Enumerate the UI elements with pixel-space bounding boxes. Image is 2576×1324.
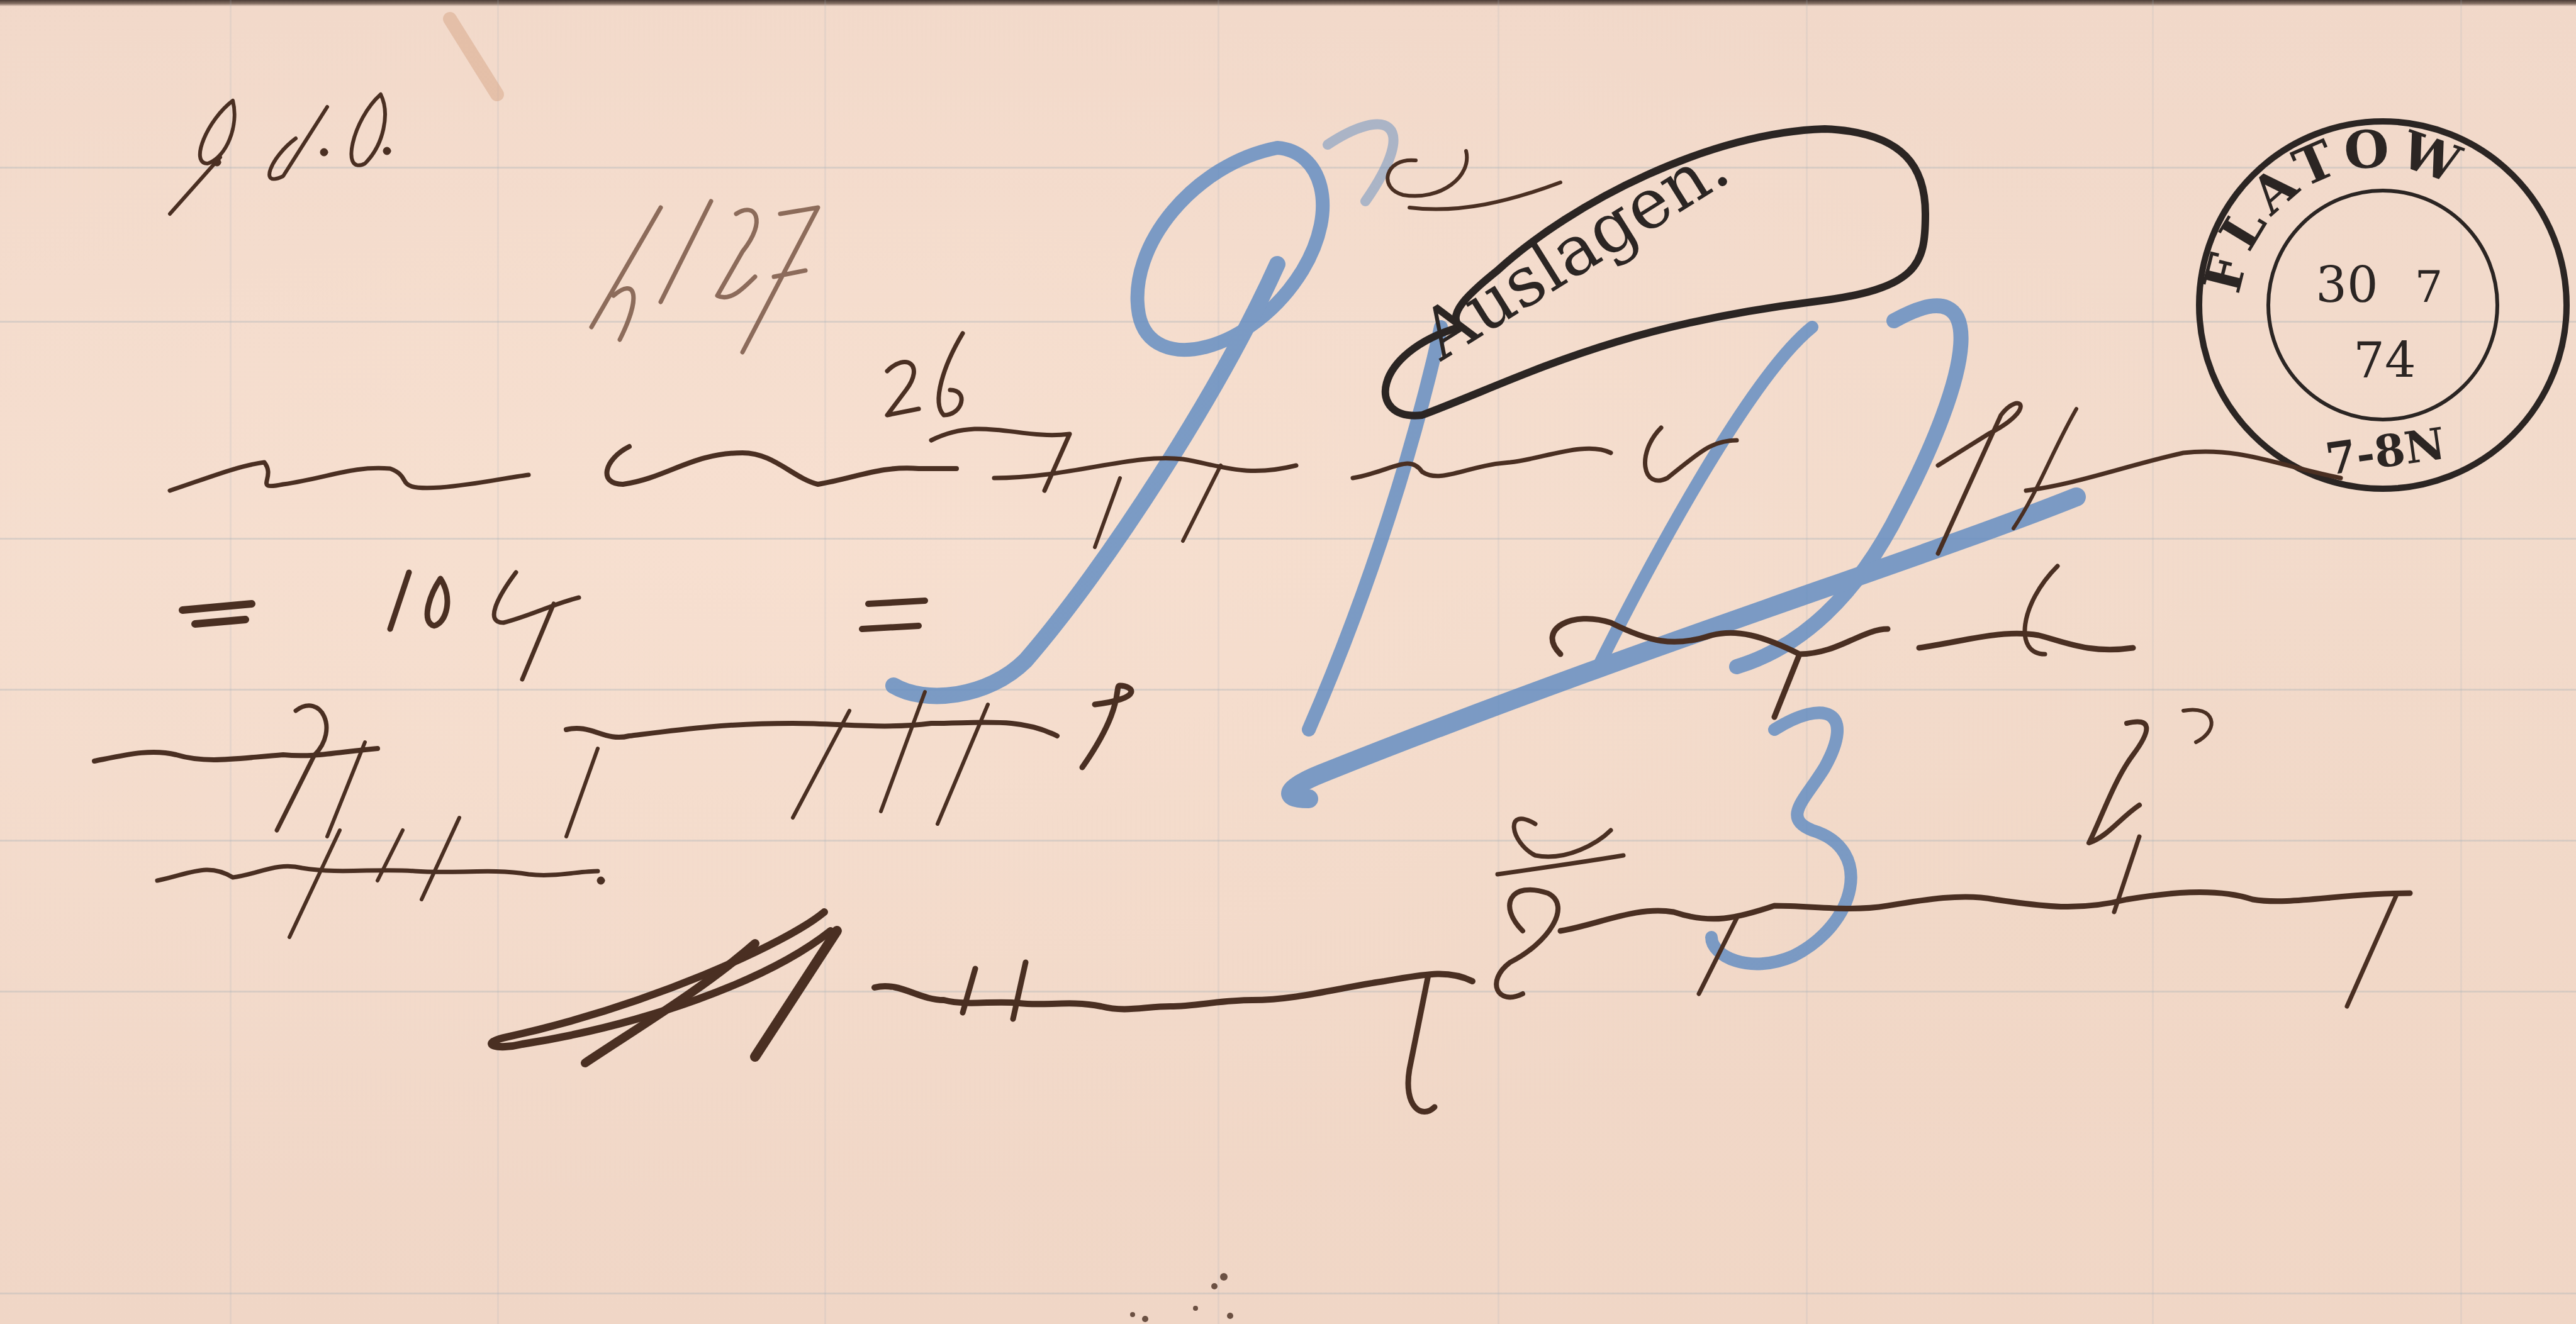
manuscript-ink [94, 94, 2410, 1322]
svg-text:Auslagen.: Auslagen. [1406, 125, 1742, 376]
svg-text:74: 74 [2353, 333, 2416, 389]
blue-crayon-marks [893, 125, 2076, 964]
ink-layer: FLATOW 30 7 74 7-8N Auslagen. [0, 0, 2576, 1324]
svg-text:7: 7 [2415, 261, 2443, 313]
flatow-postmark: FLATOW 30 7 74 7-8N [2192, 118, 2567, 489]
svg-text:30: 30 [2316, 257, 2378, 314]
svg-text:7-8N: 7-8N [2322, 417, 2448, 486]
